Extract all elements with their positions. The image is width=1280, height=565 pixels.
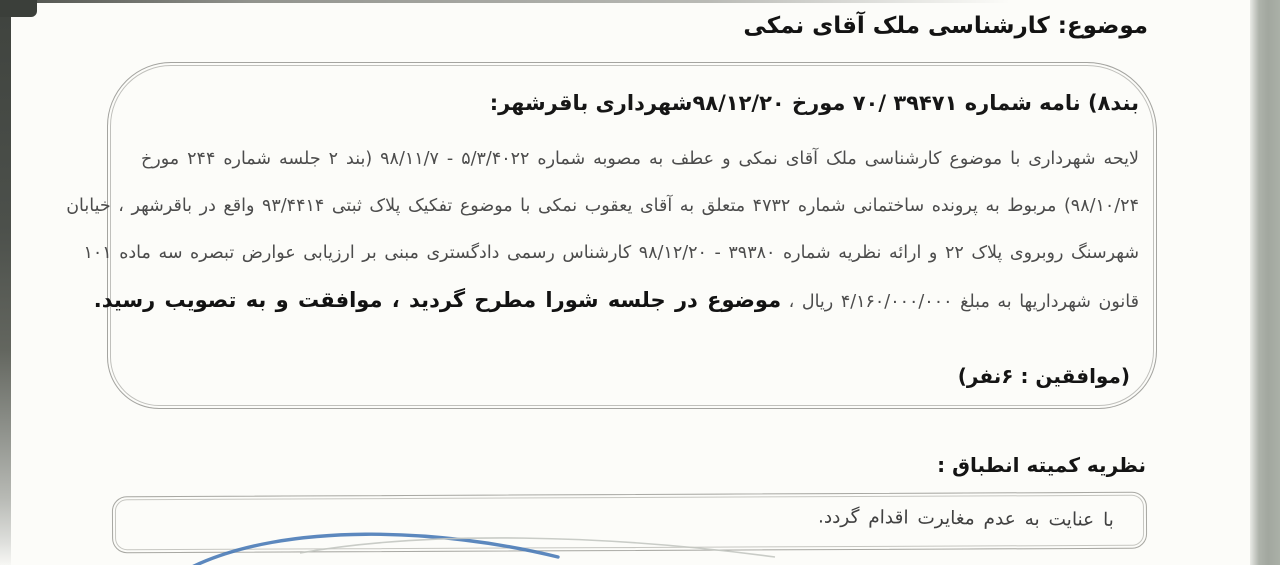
resolution-title: بند۸) نامه شماره ۳۹۴۷۱ /۷۰ مورخ ۹۸/۱۲/۲۰… (141, 83, 1139, 123)
approvers-count: (موافقین : ۶نفر) (958, 364, 1130, 388)
approval-statement: موضوع در جلسه شورا مطرح گردید ، موافقت و… (94, 288, 781, 312)
scan-edge-right-strip (1250, 0, 1280, 565)
scanned-document-page: { "document": { "subject": "موضوع: کارشن… (0, 0, 1280, 565)
subject-heading: موضوع: کارشناسی ملک آقای نمکی (743, 13, 1148, 39)
resolution-body: لایحه شهرداری با موضوع کارشناسی ملک آقای… (141, 136, 1139, 326)
resolution-box: بند۸) نامه شماره ۳۹۴۷۱ /۷۰ مورخ ۹۸/۱۲/۲۰… (107, 62, 1157, 409)
resolution-body-line: شهرسنگ روبروی پلاک ۲۲ و ارائه نظریه شمار… (141, 230, 1139, 277)
resolution-body-line: لایحه شهرداری با موضوع کارشناسی ملک آقای… (141, 136, 1139, 183)
committee-heading: نظریه کمیته انطباق : (937, 453, 1146, 477)
scan-edge-left-strip (0, 0, 11, 565)
resolution-body-last-line: قانون شهرداریها به مبلغ ۴/۱۶۰/۰۰۰/۰۰۰ ری… (141, 277, 1139, 326)
scan-corner-artifact (0, 0, 37, 17)
committee-note-box: با عنایت به عدم مغایرت اقدام گردد. (112, 492, 1147, 554)
committee-note: با عنایت به عدم مغایرت اقدام گردد. (818, 507, 1114, 531)
amount-text: قانون شهرداریها به مبلغ ۴/۱۶۰/۰۰۰/۰۰۰ ری… (781, 292, 1139, 312)
resolution-body-line: ۹۸/۱۰/۲۴) مربوط به پرونده ساختمانی شماره… (141, 183, 1139, 230)
scan-top-line-artifact (0, 0, 1010, 3)
